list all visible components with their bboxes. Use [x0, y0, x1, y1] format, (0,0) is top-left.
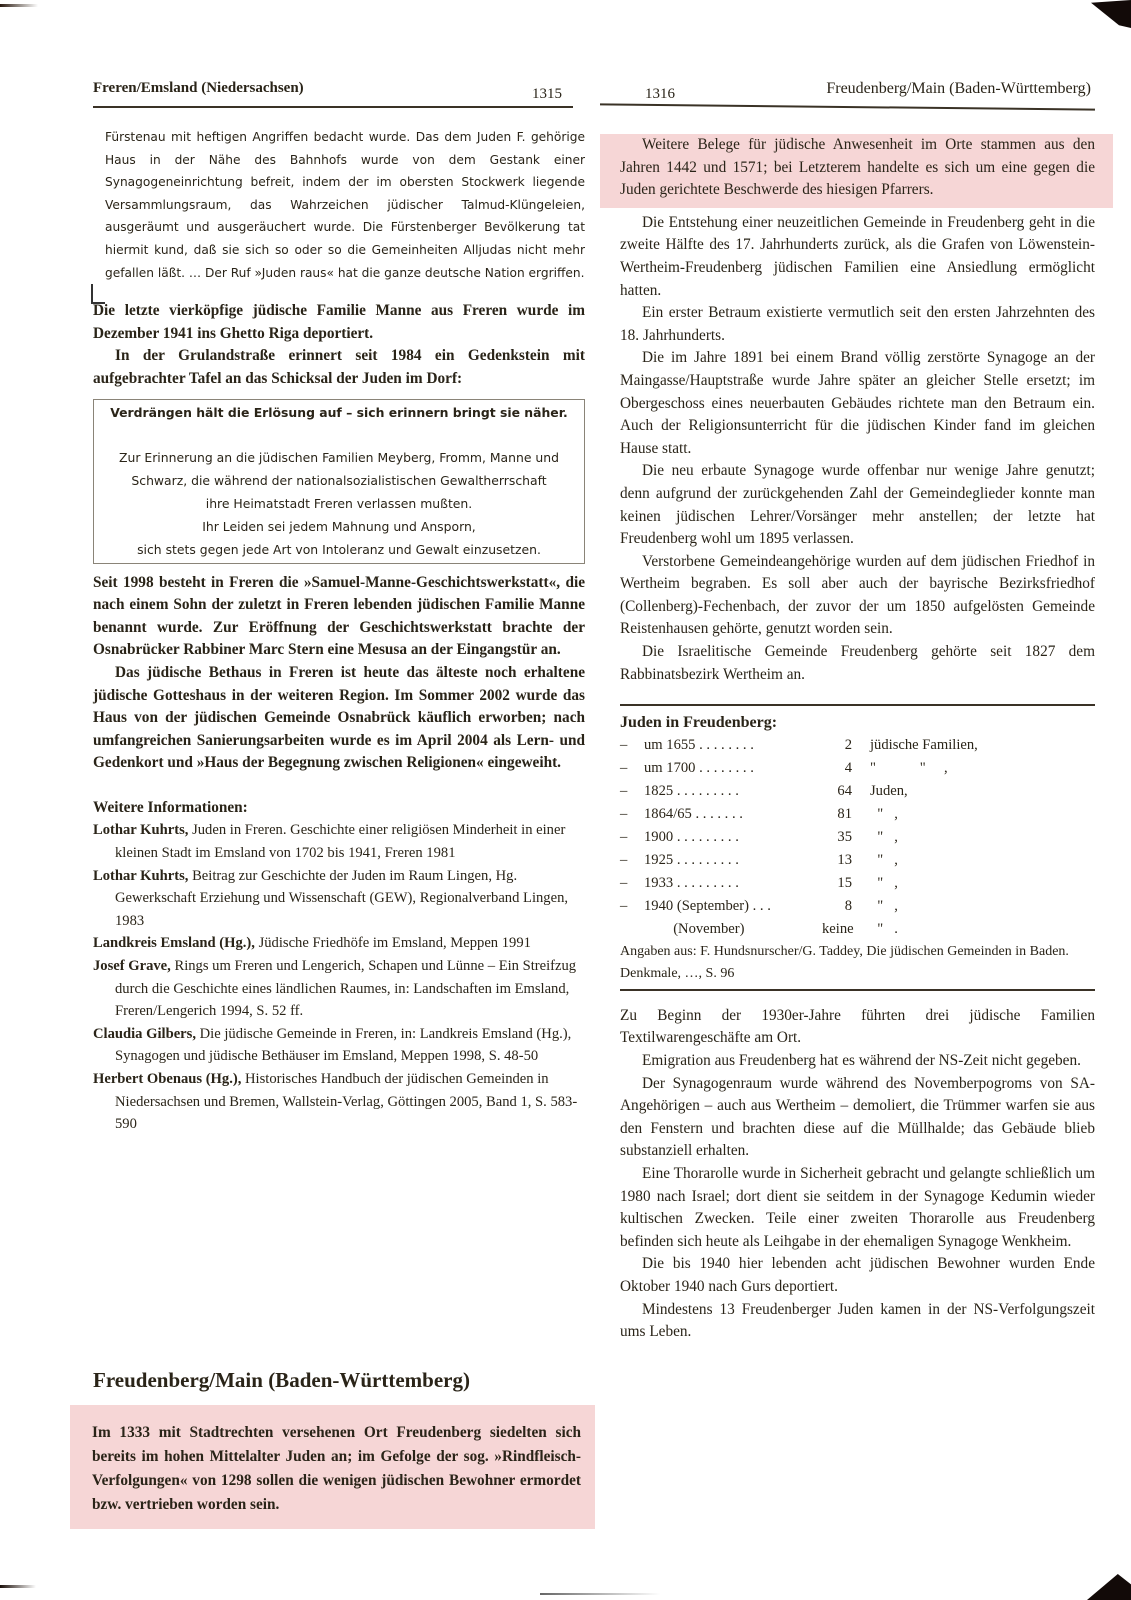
page-number-right: 1316 — [645, 86, 675, 103]
quote-bracket-foot — [91, 302, 105, 304]
right-column: Weitere Belege für jüdische Anwesenheit … — [620, 136, 1095, 1344]
para-emigration: Emigration aus Freudenberg hat es währen… — [620, 1050, 1095, 1073]
memorial-line: Zur Erinnerung an die jüdischen Familien… — [98, 446, 580, 469]
reference-author: Josef Grave, — [93, 958, 171, 974]
stats-year: 1864/65 . . . . . . . — [644, 803, 822, 826]
stats-dash: – — [620, 895, 644, 918]
scan-corner-top-right — [1091, 0, 1131, 28]
para-betraum: Ein erster Betraum existierte vermutlich… — [620, 302, 1095, 347]
memorial-line: Schwarz, die während der nationalsoziali… — [98, 469, 580, 492]
stats-unit: Juden, — [852, 780, 908, 803]
stats-value: 4 — [822, 757, 852, 780]
scan-edge-bottom-left — [0, 1585, 36, 1588]
memorial-plaque-box: Verdrängen hält die Erlösung auf – sich … — [93, 399, 585, 564]
para-entstehung: Die Entstehung einer neuzeitlichen Gemei… — [620, 212, 1095, 302]
stats-dash: – — [620, 734, 644, 757]
stats-source: Angaben aus: F. Hundsnurscher/G. Taddey,… — [620, 941, 1095, 985]
stats-value: 15 — [822, 872, 852, 895]
para-opfer: Mindestens 13 Freudenberger Juden kamen … — [620, 1299, 1095, 1344]
reference-author: Landkreis Emsland (Hg.), — [93, 935, 255, 951]
memorial-line: ihre Heimatstadt Freren verlassen mußten… — [98, 492, 580, 515]
stats-row: –1933 . . . . . . . . .15 " , — [620, 872, 1095, 895]
running-head-right: Freudenberg/Main (Baden-Württemberg) — [826, 80, 1091, 98]
para-gedenkstein: In der Grulandstraße erinnert seit 1984 … — [93, 345, 585, 390]
para-pogrom: Der Synagogenraum wurde während des Nove… — [620, 1073, 1095, 1163]
reference-author: Lothar Kuhrts, — [93, 868, 188, 884]
stats-year: um 1700 . . . . . . . . — [644, 757, 822, 780]
stats-unit: " , — [852, 895, 898, 918]
para-deportation: Die letzte vierköpfige jüdische Familie … — [93, 300, 585, 345]
stats-dash: – — [620, 757, 644, 780]
stats-year: um 1655 . . . . . . . . — [644, 734, 822, 757]
stats-dash: – — [620, 826, 644, 849]
highlighted-belege: Weitere Belege für jüdische Anwesenheit … — [600, 134, 1113, 208]
stats-rule-top — [620, 704, 1095, 706]
stats-dash: – — [620, 872, 644, 895]
memorial-title: Verdrängen hält die Erlösung auf – sich … — [98, 402, 580, 424]
stats-row: –um 1700 . . . . . . . .4" " , — [620, 757, 1095, 780]
stats-year: (November) — [644, 918, 822, 941]
stats-dash: – — [620, 803, 644, 826]
stats-unit: " , — [852, 872, 898, 895]
left-column: Fürstenau mit heftigen Angriffen bedacht… — [93, 126, 585, 1136]
section-title-freudenberg: Freudenberg/Main (Baden-Württemberg) — [93, 1368, 470, 1393]
references-title: Weitere Informationen: — [93, 797, 585, 820]
para-neu-synagoge: Die neu erbaute Synagoge wurde offenbar … — [620, 460, 1095, 550]
header-rule-left — [93, 106, 573, 108]
stats-unit: " . — [852, 918, 898, 941]
reference-text: Jüdische Friedhöfe im Emsland, Meppen 19… — [255, 935, 531, 951]
stats-value: 64 — [822, 780, 852, 803]
reference-item: Lothar Kuhrts, Juden in Freren. Geschich… — [93, 819, 585, 864]
nazi-press-quote: Fürstenau mit heftigen Angriffen bedacht… — [105, 126, 585, 284]
scan-corner-bottom-right — [1087, 1574, 1131, 1600]
running-head-left: Freren/Emsland (Niedersachsen) — [93, 80, 304, 97]
stats-value: 8 — [822, 895, 852, 918]
stats-unit: " , — [852, 826, 898, 849]
stats-year: 1900 . . . . . . . . . — [644, 826, 822, 849]
stats-row: (November)keine " . — [620, 918, 1095, 941]
para-thora: Eine Thorarolle wurde in Sicherheit gebr… — [620, 1163, 1095, 1253]
para-brand: Die im Jahre 1891 bei einem Brand völlig… — [620, 347, 1095, 460]
reference-item: Herbert Obenaus (Hg.), Historisches Hand… — [93, 1068, 585, 1136]
page-number-left: 1315 — [532, 86, 562, 103]
stats-year: 1925 . . . . . . . . . — [644, 849, 822, 872]
reference-author: Lothar Kuhrts, — [93, 822, 188, 838]
para-geschichtswerkstatt: Seit 1998 besteht in Freren die »Samuel-… — [93, 572, 585, 662]
stats-dash — [620, 918, 644, 941]
stats-unit: " , — [852, 803, 898, 826]
para-intro-freudenberg: Im 1333 mit Stadtrechten versehenen Ort … — [92, 1421, 581, 1517]
stats-rule-bottom — [620, 989, 1095, 991]
para-friedhof: Verstorbene Gemeindeangehörige wurden au… — [620, 551, 1095, 641]
para-textil: Zu Beginn der 1930er-Jahre führten drei … — [620, 1005, 1095, 1050]
reference-item: Lothar Kuhrts, Beitrag zur Geschichte de… — [93, 865, 585, 933]
stats-unit: " , — [852, 849, 898, 872]
reference-text: Rings um Freren und Lengerich, Schapen u… — [115, 958, 576, 1019]
reference-item: Claudia Gilbers, Die jüdische Gemeinde i… — [93, 1023, 585, 1068]
reference-author: Claudia Gilbers, — [93, 1026, 196, 1042]
stats-unit: " " , — [852, 757, 948, 780]
quote-block: Fürstenau mit heftigen Angriffen bedacht… — [93, 126, 585, 284]
stats-row: –um 1655 . . . . . . . .2jüdische Famili… — [620, 734, 1095, 757]
para-bethaus: Das jüdische Bethaus in Freren ist heute… — [93, 662, 585, 775]
stats-value: keine — [822, 918, 852, 941]
stats-year: 1933 . . . . . . . . . — [644, 872, 822, 895]
stats-row: –1864/65 . . . . . . .81 " , — [620, 803, 1095, 826]
stats-year: 1940 (September) . . . — [644, 895, 822, 918]
stats-dash: – — [620, 849, 644, 872]
stats-row: –1925 . . . . . . . . .13 " , — [620, 849, 1095, 872]
stats-title: Juden in Freudenberg: — [620, 712, 1095, 735]
quote-bracket — [91, 284, 93, 304]
stats-table: –um 1655 . . . . . . . .2jüdische Famili… — [620, 734, 1095, 941]
scan-edge-top-left — [0, 4, 38, 7]
header-rule-right — [600, 103, 1095, 110]
para-belege: Weitere Belege für jüdische Anwesenheit … — [620, 134, 1095, 202]
stats-row: –1940 (September) . . .8 " , — [620, 895, 1095, 918]
stats-dash: – — [620, 780, 644, 803]
stats-value: 81 — [822, 803, 852, 826]
scan-edge-bottom — [540, 1593, 660, 1595]
stats-value: 2 — [822, 734, 852, 757]
reference-item: Landkreis Emsland (Hg.), Jüdische Friedh… — [93, 932, 585, 955]
highlighted-intro: Im 1333 mit Stadtrechten versehenen Ort … — [70, 1405, 595, 1529]
stats-year: 1825 . . . . . . . . . — [644, 780, 822, 803]
para-rabbinat: Die Israelitische Gemeinde Freudenberg g… — [620, 641, 1095, 686]
stats-value: 13 — [822, 849, 852, 872]
memorial-line: Ihr Leiden sei jedem Mahnung und Ansporn… — [98, 515, 580, 538]
stats-row: –1825 . . . . . . . . .64Juden, — [620, 780, 1095, 803]
stats-unit: jüdische Familien, — [852, 734, 978, 757]
para-gurs: Die bis 1940 hier lebenden acht jüdische… — [620, 1253, 1095, 1298]
stats-value: 35 — [822, 826, 852, 849]
reference-item: Josef Grave, Rings um Freren und Lengeri… — [93, 955, 585, 1023]
stats-row: –1900 . . . . . . . . .35 " , — [620, 826, 1095, 849]
reference-author: Herbert Obenaus (Hg.), — [93, 1071, 241, 1087]
memorial-line: sich stets gegen jede Art von Intoleranz… — [98, 538, 580, 561]
